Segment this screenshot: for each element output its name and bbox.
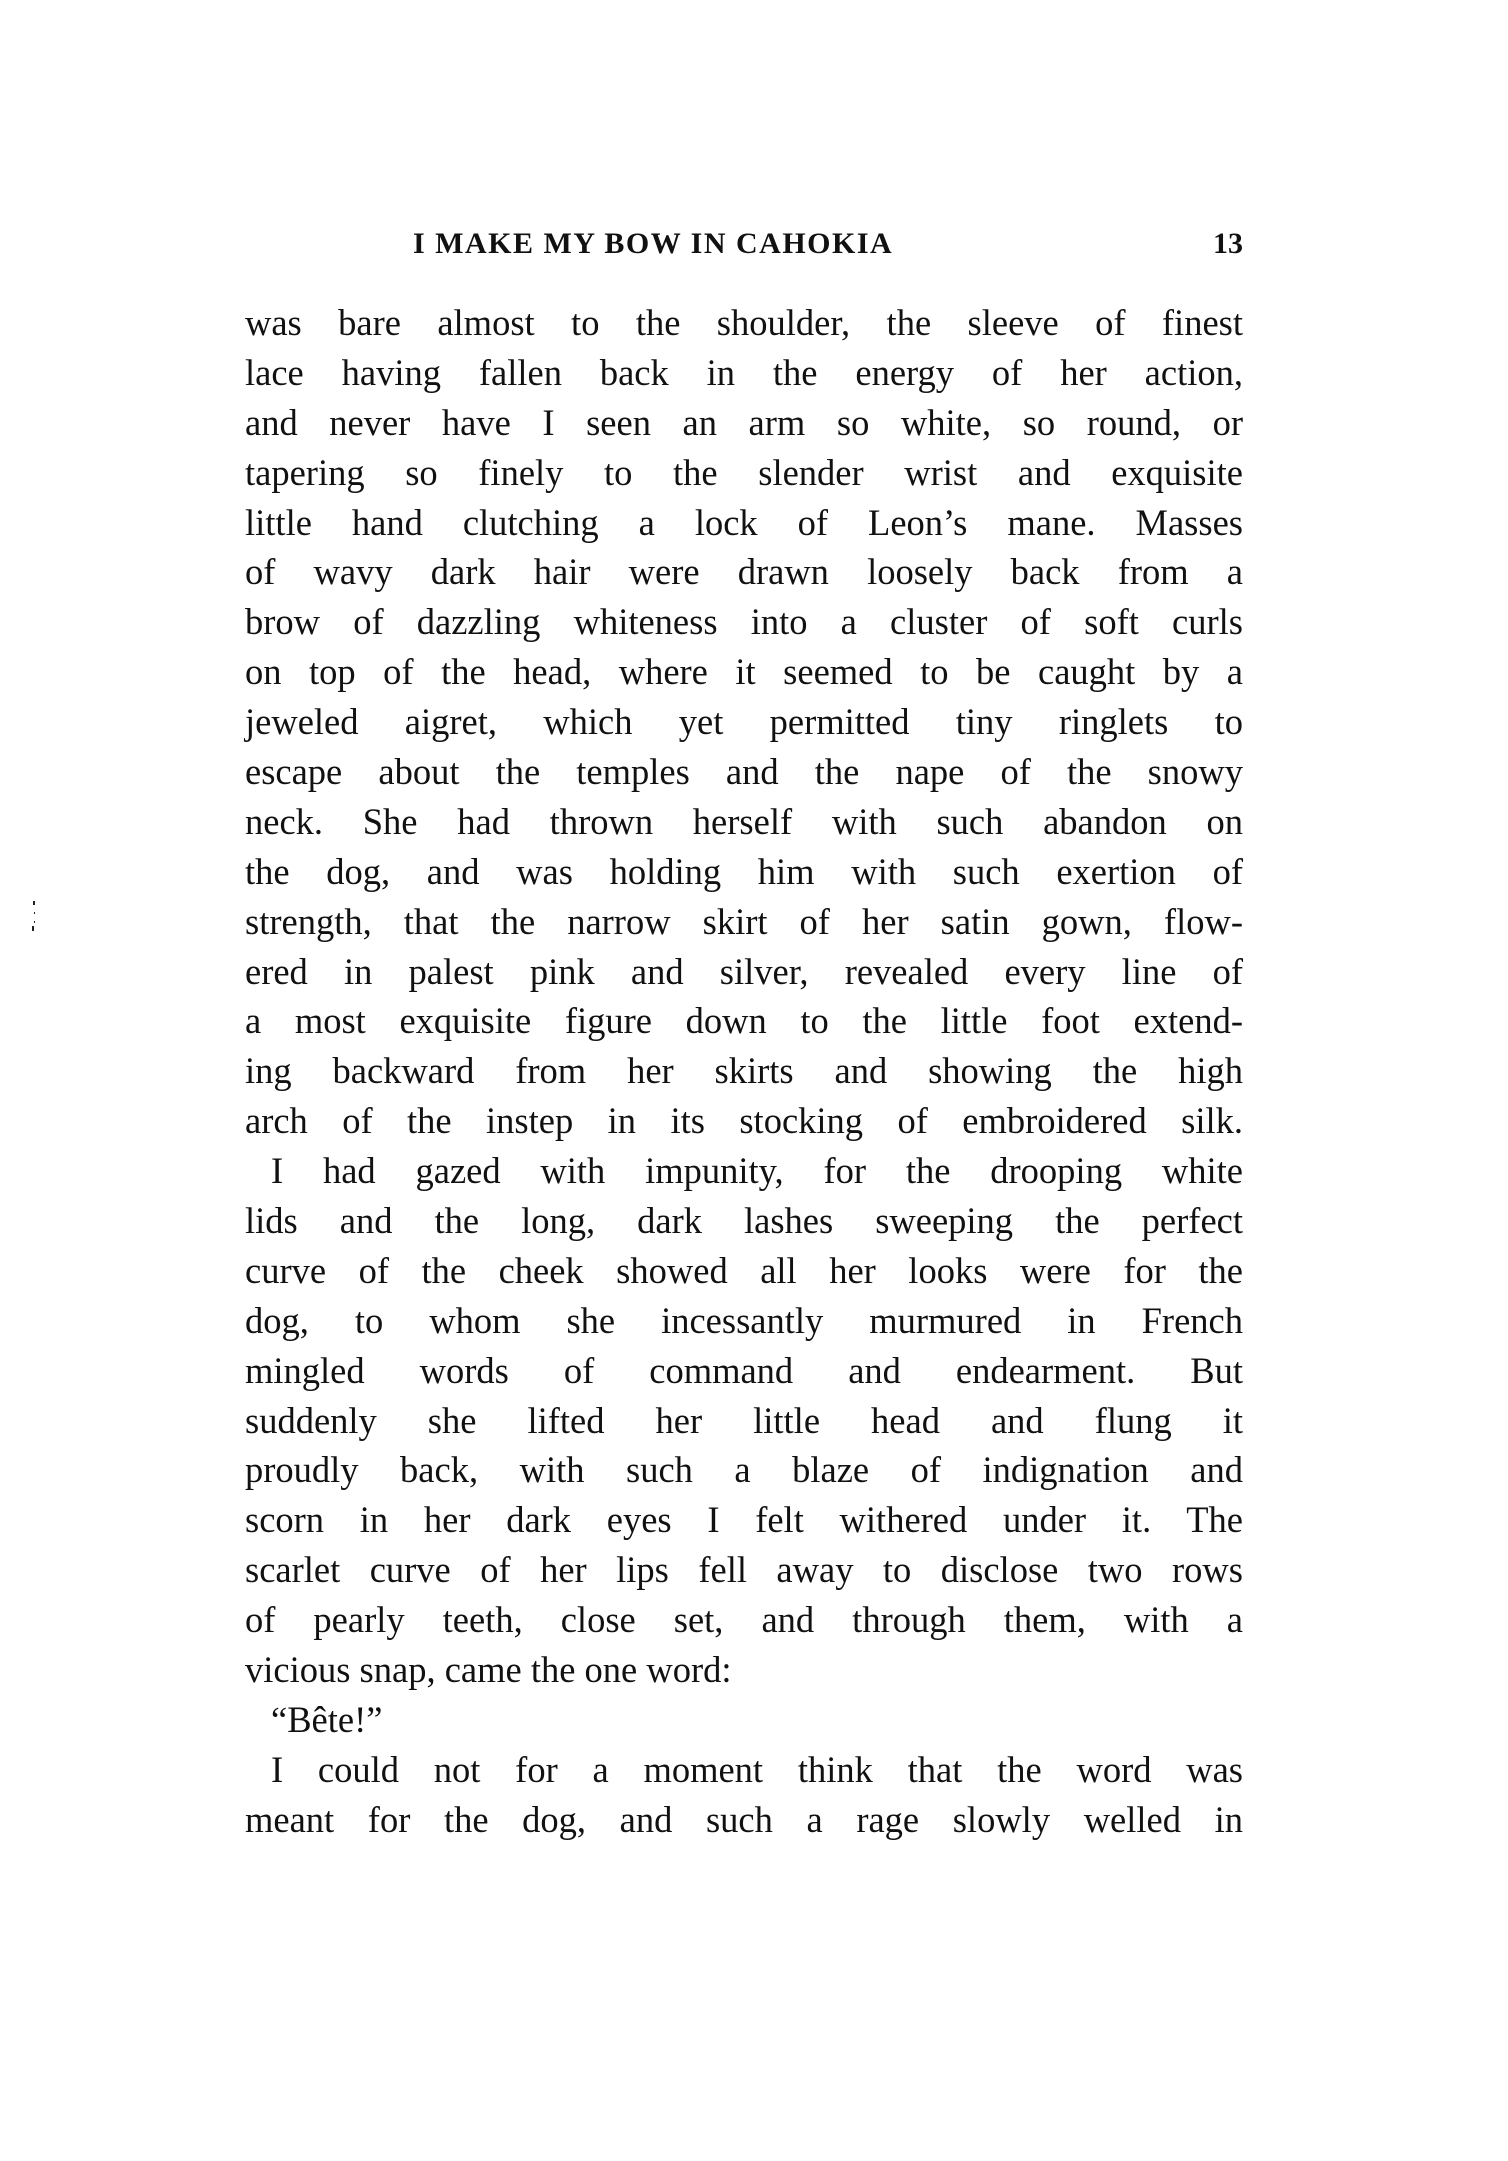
scan-speck bbox=[34, 912, 35, 914]
text-line: ered in palest pink and silver, revealed… bbox=[245, 947, 1243, 997]
text-line: lace having fallen back in the energy of… bbox=[245, 348, 1243, 398]
text-line: I had gazed with impunity, for the droop… bbox=[245, 1146, 1243, 1196]
text-line: dog, to whom she incessantly murmured in… bbox=[245, 1296, 1243, 1346]
paragraph-quote: “Bête!” bbox=[245, 1695, 1243, 1745]
text-line: scarlet curve of her lips fell away to d… bbox=[245, 1545, 1243, 1595]
text-line: the dog, and was holding him with such e… bbox=[245, 847, 1243, 897]
book-page: I MAKE MY BOW IN CAHOKIA 13 was bare alm… bbox=[0, 0, 1508, 2161]
text-line: strength, that the narrow skirt of her s… bbox=[245, 897, 1243, 947]
scan-speck bbox=[32, 926, 34, 931]
text-line: I could not for a moment think that the … bbox=[245, 1745, 1243, 1795]
text-line: brow of dazzling whiteness into a cluste… bbox=[245, 597, 1243, 647]
text-line: of pearly teeth, close set, and through … bbox=[245, 1595, 1243, 1645]
page-number: 13 bbox=[1213, 224, 1243, 264]
text-line: a most exquisite figure down to the litt… bbox=[245, 996, 1243, 1046]
running-head: I MAKE MY BOW IN CAHOKIA 13 bbox=[245, 224, 1243, 264]
text-line: little hand clutching a lock of Leon’s m… bbox=[245, 498, 1243, 548]
text-line: arch of the instep in its stocking of em… bbox=[245, 1096, 1243, 1146]
text-line: suddenly she lifted her little head and … bbox=[245, 1396, 1243, 1446]
text-line: lids and the long, dark lashes sweeping … bbox=[245, 1196, 1243, 1246]
body-text: was bare almost to the shoulder, the sle… bbox=[245, 298, 1243, 1845]
text-line: meant for the dog, and such a rage slowl… bbox=[245, 1795, 1243, 1845]
text-line: curve of the cheek showed all her looks … bbox=[245, 1246, 1243, 1296]
text-line: of wavy dark hair were drawn loosely bac… bbox=[245, 547, 1243, 597]
text-line: proudly back, with such a blaze of indig… bbox=[245, 1445, 1243, 1495]
paragraph: I had gazed with impunity, for the droop… bbox=[245, 1146, 1243, 1695]
text-line: was bare almost to the shoulder, the sle… bbox=[245, 298, 1243, 348]
text-line: tapering so finely to the slender wrist … bbox=[245, 448, 1243, 498]
text-line: scorn in her dark eyes I felt withered u… bbox=[245, 1495, 1243, 1545]
text-line: escape about the temples and the nape of… bbox=[245, 747, 1243, 797]
paragraph: I could not for a moment think that the … bbox=[245, 1745, 1243, 1845]
scan-speck bbox=[34, 921, 35, 923]
paragraph: was bare almost to the shoulder, the sle… bbox=[245, 298, 1243, 1146]
scan-speck bbox=[33, 901, 35, 905]
text-line: jeweled aigret, which yet permitted tiny… bbox=[245, 697, 1243, 747]
text-line: neck. She had thrown herself with such a… bbox=[245, 797, 1243, 847]
text-line: ing backward from her skirts and showing… bbox=[245, 1046, 1243, 1096]
text-line: on top of the head, where it seemed to b… bbox=[245, 647, 1243, 697]
chapter-title: I MAKE MY BOW IN CAHOKIA bbox=[413, 224, 893, 264]
text-line: and never have I seen an arm so white, s… bbox=[245, 398, 1243, 448]
text-line: mingled words of command and endearment.… bbox=[245, 1346, 1243, 1396]
text-line: vicious snap, came the one word: bbox=[245, 1645, 1243, 1695]
quoted-word: “Bête!” bbox=[245, 1695, 1243, 1745]
